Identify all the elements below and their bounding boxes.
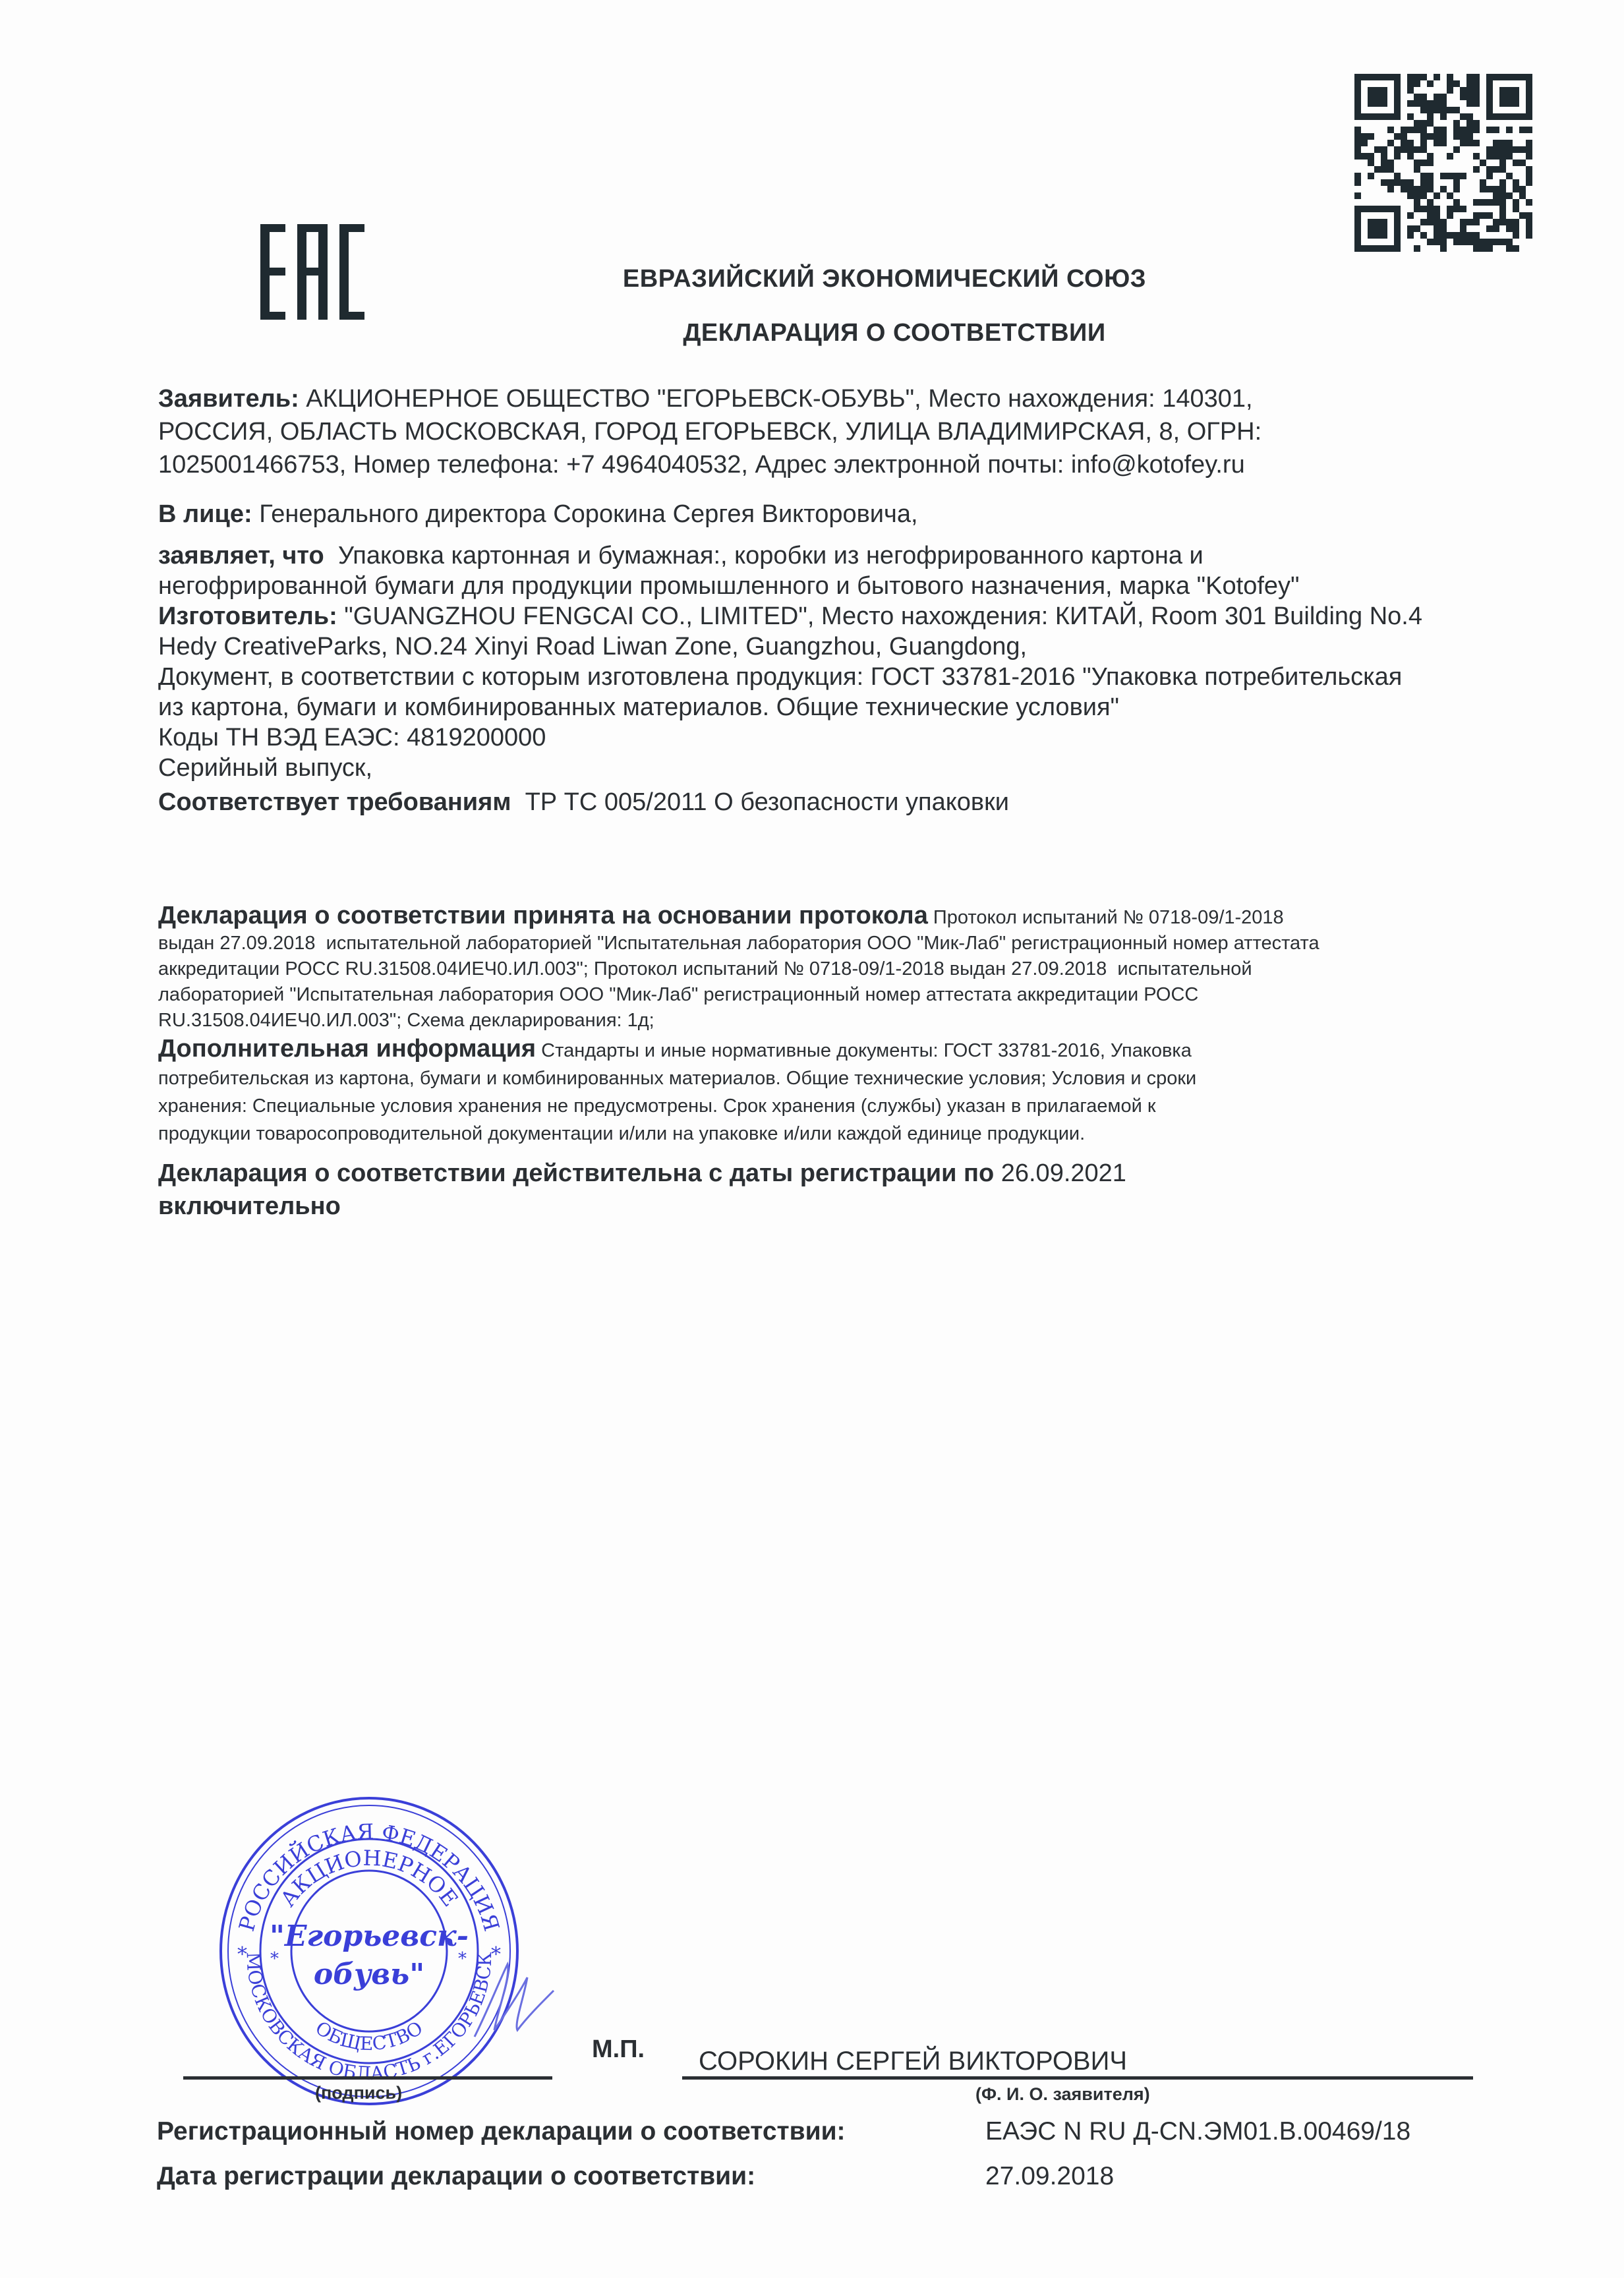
stamp-center-line-2: обувь": [314, 1958, 424, 1991]
applicant-label: Заявитель:: [158, 385, 299, 413]
basis-line-3: аккредитации РОСС RU.31508.04ИЕЧ0.ИЛ.003…: [158, 956, 1503, 982]
name-line: [682, 2076, 1473, 2080]
validity-label: Декларация о соответствии действительна …: [158, 1159, 994, 1187]
additional-line-2: потребительская из картона, бумаги и ком…: [158, 1065, 1503, 1092]
applicant-section: Заявитель: АКЦИОНЕРНОЕ ОБЩЕСТВО "ЕГОРЬЕВ…: [158, 382, 1503, 481]
declaration-body: заявляет, что Упаковка картонная и бумаж…: [158, 540, 1503, 817]
svg-text:РОССИЙСКАЯ ФЕДЕРАЦИЯ: РОССИЙСКАЯ ФЕДЕРАЦИЯ: [234, 1819, 504, 1934]
additional-label: Дополнительная информация: [158, 1035, 536, 1063]
represented-value: Генерального директора Сорокина Сергея В…: [252, 500, 918, 528]
complies-value: ТР ТС 005/2011 О безопасности упаковки: [511, 788, 1009, 816]
additional-line-4: продукции товаросопроводительной докумен…: [158, 1120, 1503, 1148]
manufacturer-label: Изготовитель:: [158, 602, 337, 630]
basis-label: Декларация о соответствии принята на осн…: [158, 902, 928, 929]
additional-line-1: Стандарты и иные нормативные документы: …: [536, 1040, 1192, 1061]
stamp-outer-text: РОССИЙСКАЯ ФЕДЕРАЦИЯ: [234, 1819, 504, 1934]
manufacturer-line-2: Hedy CreativeParks, NO.24 Xinyi Road Liw…: [158, 631, 1503, 662]
stamp-bottom-inner: ОБЩЕСТВО: [312, 2017, 427, 2055]
qr-code-icon: [1354, 74, 1532, 252]
additional-section: Дополнительная информация Стандарты и ин…: [158, 1035, 1503, 1148]
complies-label: Соответствует требованиям: [158, 788, 511, 816]
name-caption: (Ф. И. О. заявителя): [975, 2084, 1150, 2105]
applicant-line-1: АКЦИОНЕРНОЕ ОБЩЕСТВО "ЕГОРЬЕВСК-ОБУВЬ", …: [299, 385, 1253, 413]
document-line-1: Документ, в соответствии с которым изгот…: [158, 662, 1503, 692]
registration-date-label: Дата регистрации декларации о соответств…: [157, 2162, 755, 2191]
registration-date-value: 27.09.2018: [985, 2162, 1114, 2191]
tn-ved-codes: Коды ТН ВЭД ЕАЭС: 4819200000: [158, 722, 1503, 753]
validity-suffix: включительно: [158, 1192, 341, 1220]
signature-line: [183, 2076, 552, 2080]
represented-section: В лице: Генерального директора Сорокина …: [158, 498, 1503, 531]
stamp-center-line-1: "Егорьевск-: [270, 1919, 469, 1953]
registration-number-value: ЕАЭС N RU Д-CN.ЭМ01.В.00469/18: [985, 2117, 1410, 2146]
declares-line-2: негофрированной бумаги для продукции про…: [158, 571, 1503, 601]
additional-line-3: хранения: Специальные условия хранения н…: [158, 1092, 1503, 1120]
seal-place-label: М.П.: [592, 2035, 645, 2064]
basis-line-1: Протокол испытаний № 0718-09/1-2018: [928, 907, 1284, 928]
registration-number-label: Регистрационный номер декларации о соотв…: [157, 2117, 846, 2146]
declares-label: заявляет, что: [158, 542, 324, 569]
validity-date: 26.09.2021: [994, 1159, 1126, 1187]
svg-text:*: *: [237, 1943, 247, 1966]
manufacturer-line-1: "GUANGZHOU FENGCAI CO., LIMITED", Место …: [337, 602, 1422, 630]
basis-line-2: выдан 27.09.2018 испытательной лаборатор…: [158, 931, 1503, 956]
document-line-2: из картона, бумаги и комбинированных мат…: [158, 692, 1503, 722]
svg-text:ОБЩЕСТВО: ОБЩЕСТВО: [312, 2017, 427, 2055]
svg-text:*: *: [270, 1949, 279, 1969]
declares-line-1: Упаковка картонная и бумажная:, коробки …: [324, 542, 1203, 569]
applicant-name: СОРОКИН СЕРГЕЙ ВИКТОРОВИЧ: [699, 2047, 1127, 2076]
qr-code[interactable]: [1354, 74, 1532, 255]
represented-label: В лице:: [158, 500, 252, 528]
basis-section: Декларация о соответствии принята на осн…: [158, 903, 1503, 1034]
validity-section: Декларация о соответствии действительна …: [158, 1157, 1503, 1223]
serial-release: Серийный выпуск,: [158, 753, 1503, 783]
document-title: ДЕКЛАРАЦИЯ О СООТВЕТСТВИИ: [0, 319, 1624, 347]
basis-line-5: RU.31508.04ИЕЧ0.ИЛ.003"; Схема деклариро…: [158, 1008, 1503, 1034]
handwritten-signature: [461, 1951, 560, 2043]
basis-line-4: лабораторией "Испытательная лаборатория …: [158, 982, 1503, 1008]
signature-caption: (подпись): [315, 2083, 402, 2103]
applicant-line-3: 1025001466753, Номер телефона: +7 496404…: [158, 448, 1503, 481]
applicant-line-2: РОССИЯ, ОБЛАСТЬ МОСКОВСКАЯ, ГОРОД ЕГОРЬЕ…: [158, 415, 1503, 448]
union-title: ЕВРАЗИЙСКИЙ ЭКОНОМИЧЕСКИЙ СОЮЗ: [0, 265, 1624, 293]
